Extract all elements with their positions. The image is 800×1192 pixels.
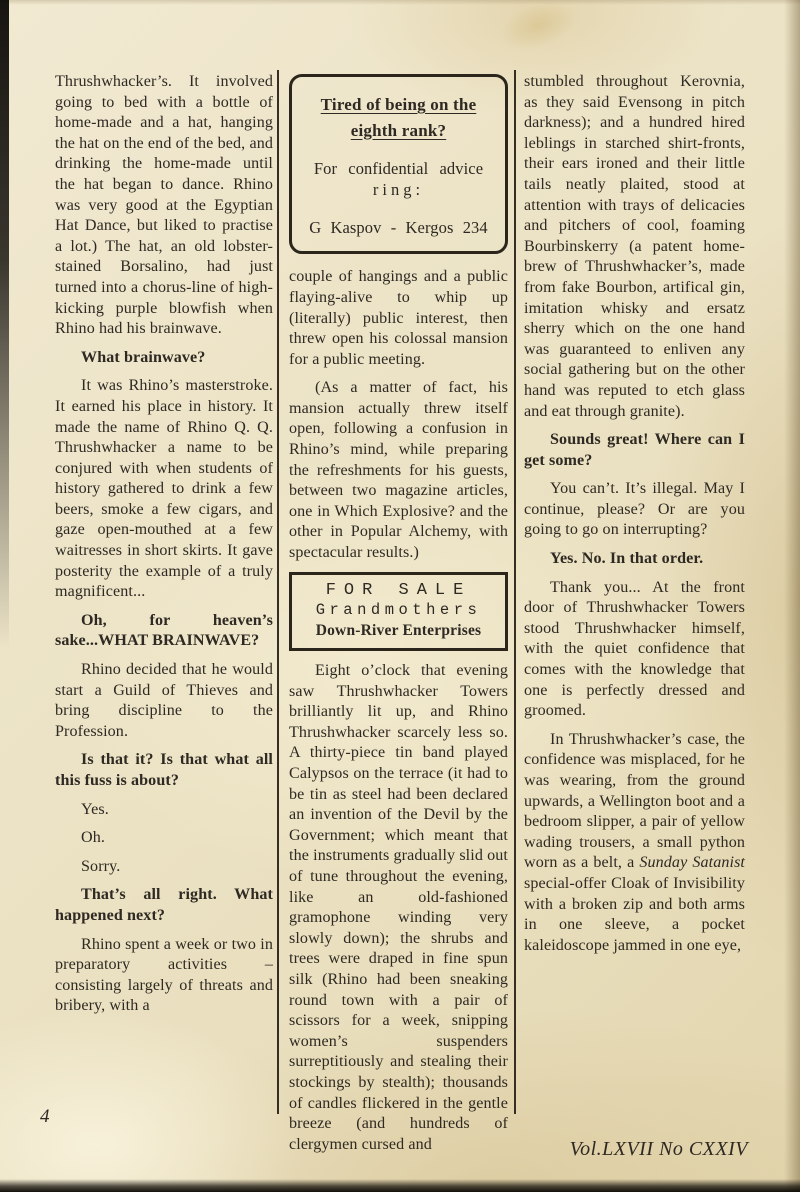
- ad-body-line: ring:: [302, 179, 495, 200]
- scanned-magazine-page: Thrushwhacker’s. It involved going to be…: [0, 0, 800, 1192]
- dialogue-line: Yes.: [55, 800, 273, 821]
- column-1: Thrushwhacker’s. It involved going to be…: [55, 72, 273, 1025]
- column-2: Tired of being on the eighth rank? For c…: [289, 72, 508, 1163]
- scan-edge-top: [0, 0, 800, 5]
- ad-title: FOR SALE: [298, 580, 499, 602]
- scan-edge-right: [784, 0, 800, 1192]
- paragraph: Rhino spent a week or two in preparatory…: [55, 935, 273, 1017]
- paragraph: stumbled throughout Kerovnia, as they sa…: [524, 72, 745, 422]
- ad-box-for-sale: FOR SALE Grandmothers Down-River Enterpr…: [289, 572, 508, 651]
- italic-title: Sunday Satanist: [639, 854, 745, 871]
- dialogue-line: Oh.: [55, 828, 273, 849]
- paragraph: In Thrushwhacker’s case, the confidence …: [524, 730, 745, 957]
- paragraph: It was Rhino’s masterstroke. It earned h…: [55, 376, 273, 603]
- dialogue-line: Sorry.: [55, 857, 273, 878]
- dialogue-heading: Is that it? Is that what all this fuss i…: [55, 750, 273, 791]
- paragraph: couple of hangings and a public flaying-…: [289, 267, 508, 370]
- dialogue-heading: Sounds great! Where can I get some?: [524, 430, 745, 471]
- paragraph-text: In Thrushwhacker’s case, the confidence …: [524, 731, 745, 872]
- ad-box-chess-advice: Tired of being on the eighth rank? For c…: [289, 74, 508, 254]
- scan-edge-left: [0, 0, 9, 650]
- paragraph: You can’t. It’s illegal. May I continue,…: [524, 479, 745, 541]
- paragraph: Eight o’clock that evening saw Thrushwha…: [289, 661, 508, 1155]
- paragraph: Thrushwhacker’s. It involved going to be…: [55, 72, 273, 340]
- paragraph: Rhino decided that he would start a Guil…: [55, 660, 273, 742]
- ad-seller: Down-River Enterprises: [298, 621, 499, 641]
- ad-contact: G Kaspov - Kergos 234: [302, 217, 495, 238]
- dialogue-heading: What brainwave?: [55, 348, 273, 369]
- ad-headline: Tired of being on the eighth rank?: [302, 92, 495, 143]
- column-3: stumbled throughout Kerovnia, as they sa…: [524, 72, 745, 964]
- paragraph-text: special-offer Cloak of Invisibility with…: [524, 875, 745, 954]
- dialogue-heading: Oh, for heaven’s sake...WHAT BRAINWAVE?: [55, 611, 273, 652]
- ad-body-line: For confidential advice: [302, 158, 495, 179]
- paragraph: (As a matter of fact, his mansion actual…: [289, 378, 508, 563]
- column-divider-2: [514, 70, 516, 1114]
- dialogue-heading: That’s all right. What happened next?: [55, 885, 273, 926]
- scan-edge-bottom: [0, 1179, 800, 1192]
- dialogue-heading: Yes. No. In that order.: [524, 549, 745, 570]
- paragraph: Thank you... At the front door of Thrush…: [524, 578, 745, 722]
- column-divider-1: [277, 70, 279, 1114]
- ad-item: Grandmothers: [298, 601, 499, 621]
- volume-issue-label: Vol.LXVII No CXXIV: [570, 1138, 748, 1161]
- page-number: 4: [40, 1106, 50, 1128]
- paper-stain: [493, 0, 583, 59]
